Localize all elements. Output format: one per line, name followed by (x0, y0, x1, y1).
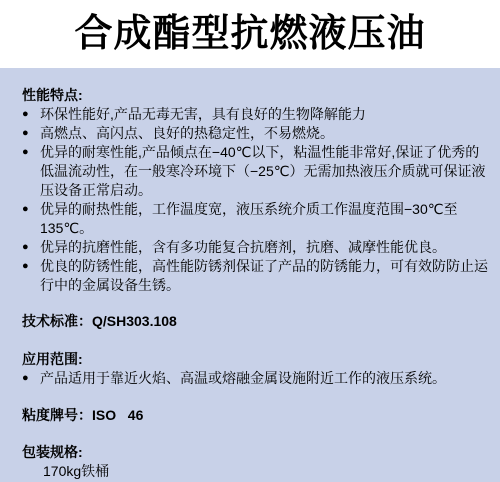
bullet-icon: ● (22, 200, 40, 219)
features-section: 性能特点: ● 环保性能好,产品无毒无害，具有良好的生物降解能力 ● 高燃点、高… (22, 85, 490, 295)
viscosity-value: ISO 46 (92, 405, 143, 425)
bullet-icon: ● (22, 124, 40, 143)
feature-text: 优良的防锈性能，高性能防锈剂保证了产品的防锈能力，可有效防防止运行中的金属设备生… (40, 257, 490, 295)
feature-text: 优异的耐寒性能,产品倾点在−40℃以下，粘温性能非常好,保证了优秀的低温流动性，… (40, 143, 490, 200)
packaging-section: 包装规格: 170kg铁桶 (22, 442, 490, 481)
content-panel: 性能特点: ● 环保性能好,产品无毒无害，具有良好的生物降解能力 ● 高燃点、高… (0, 68, 500, 482)
feature-text: 高燃点、高闪点、良好的热稳定性，不易燃烧。 (40, 124, 490, 143)
list-item: ● 优异的抗磨性能，含有多功能复合抗磨剂，抗磨、减摩性能优良。 (22, 238, 490, 257)
feature-text: 优异的耐热性能，工作温度宽，液压系统介质工作温度范围−30℃至135℃。 (40, 200, 490, 238)
viscosity-label: 粘度牌号： (22, 405, 92, 425)
features-list: ● 环保性能好,产品无毒无害，具有良好的生物降解能力 ● 高燃点、高闪点、良好的… (22, 105, 490, 295)
tech-standard-label: 技术标准： (22, 311, 92, 331)
section-heading-features: 性能特点: (22, 85, 490, 105)
viscosity-row: 粘度牌号：ISO 46 (22, 405, 490, 425)
section-heading-packaging: 包装规格: (22, 442, 490, 462)
bullet-icon: ● (22, 105, 40, 124)
list-item: ● 高燃点、高闪点、良好的热稳定性，不易燃烧。 (22, 124, 490, 143)
page-title: 合成酯型抗燃液压油 (74, 15, 425, 53)
feature-text: 环保性能好,产品无毒无害，具有良好的生物降解能力 (40, 105, 490, 124)
application-section: 应用范围: ● 产品适用于靠近火焰、高温或熔融金属设施附近工作的液压系统。 (22, 349, 490, 388)
list-item: ● 优良的防锈性能，高性能防锈剂保证了产品的防锈能力，可有效防防止运行中的金属设… (22, 257, 490, 295)
bullet-icon: ● (22, 238, 40, 257)
product-sheet: 合成酯型抗燃液压油 性能特点: ● 环保性能好,产品无毒无害，具有良好的生物降解… (0, 0, 500, 482)
bullet-icon: ● (22, 369, 40, 388)
bullet-icon: ● (22, 143, 40, 162)
application-text: 产品适用于靠近火焰、高温或熔融金属设施附近工作的液压系统。 (40, 369, 490, 388)
tech-standard-row: 技术标准：Q/SH303.108 (22, 311, 490, 331)
tech-standard-value: Q/SH303.108 (92, 311, 177, 331)
list-item: ● 产品适用于靠近火焰、高温或熔融金属设施附近工作的液压系统。 (22, 369, 490, 388)
title-bar: 合成酯型抗燃液压油 (0, 0, 500, 68)
bullet-icon: ● (22, 257, 40, 276)
list-item: ● 环保性能好,产品无毒无害，具有良好的生物降解能力 (22, 105, 490, 124)
packaging-value: 170kg铁桶 (43, 462, 490, 481)
list-item: ● 优异的耐热性能，工作温度宽，液压系统介质工作温度范围−30℃至135℃。 (22, 200, 490, 238)
feature-text: 优异的抗磨性能，含有多功能复合抗磨剂，抗磨、减摩性能优良。 (40, 238, 490, 257)
section-heading-application: 应用范围: (22, 349, 490, 369)
list-item: ● 优异的耐寒性能,产品倾点在−40℃以下，粘温性能非常好,保证了优秀的低温流动… (22, 143, 490, 200)
